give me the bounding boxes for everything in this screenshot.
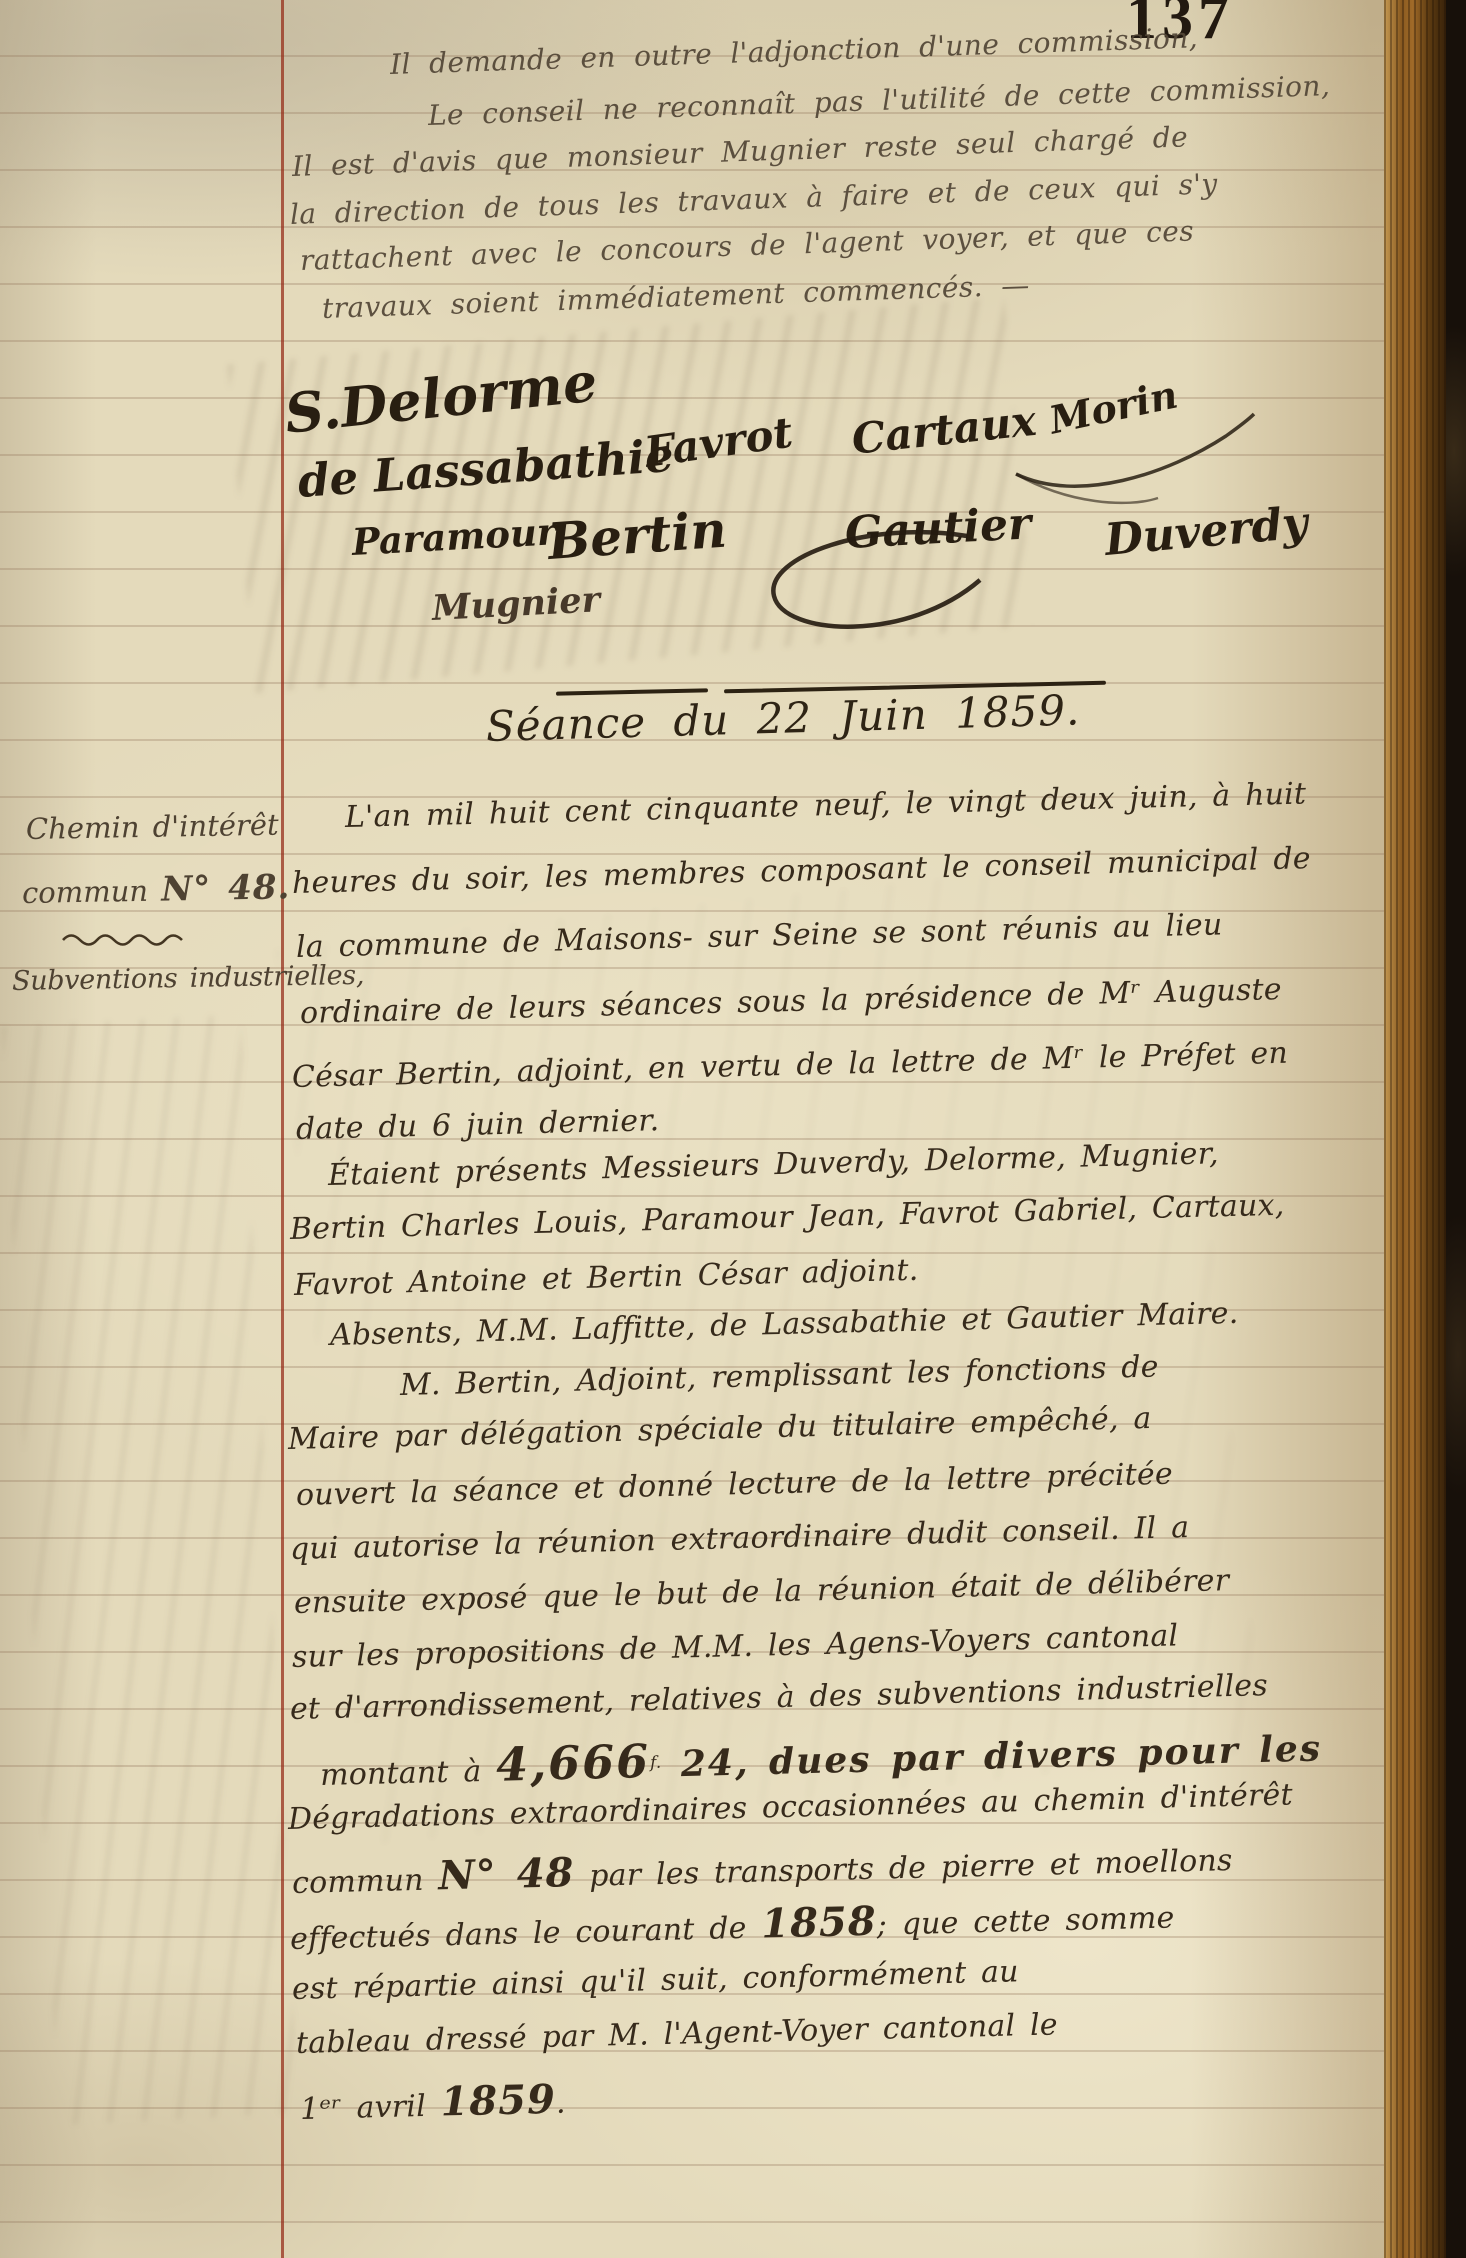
book-page-edges bbox=[1384, 0, 1446, 2258]
year-1858: 1858 bbox=[761, 1898, 877, 1948]
signature-flourish bbox=[1008, 412, 1258, 512]
margin-note-subject: Subventions industrielles, bbox=[12, 960, 365, 997]
body-line-date: 1ᵉʳ avril 1859. bbox=[299, 2076, 566, 2129]
signature-flourish bbox=[752, 518, 987, 663]
margin-squiggle bbox=[60, 930, 198, 948]
margin-note-text: commun bbox=[22, 874, 162, 910]
body-text: 1ᵉʳ avril bbox=[300, 2089, 441, 2127]
body-text: montant à bbox=[320, 1754, 497, 1793]
margin-rule-line bbox=[281, 0, 284, 2258]
signature-bertin: Bertin bbox=[546, 500, 729, 571]
body-text: commun bbox=[292, 1862, 439, 1901]
year-1859: 1859 bbox=[440, 2076, 556, 2126]
road-number: N° 48 bbox=[438, 1849, 575, 1899]
subvention-amount: 4,666 bbox=[495, 1734, 650, 1792]
francs-abbrev: f. bbox=[650, 1753, 662, 1772]
signature-mugnier: Mugnier bbox=[431, 579, 601, 629]
margin-note-subject: commun N° 48. bbox=[22, 867, 291, 912]
body-text: ; que cette somme bbox=[876, 1900, 1175, 1942]
book-cover bbox=[1446, 0, 1466, 2258]
body-text: . bbox=[555, 2086, 566, 2121]
register-page-scan: 137 Il demande en outre l'adjonction d'u… bbox=[0, 0, 1466, 2258]
road-number: N° 48. bbox=[161, 867, 291, 909]
margin-note-subject: Chemin d'intérêt bbox=[26, 808, 279, 846]
